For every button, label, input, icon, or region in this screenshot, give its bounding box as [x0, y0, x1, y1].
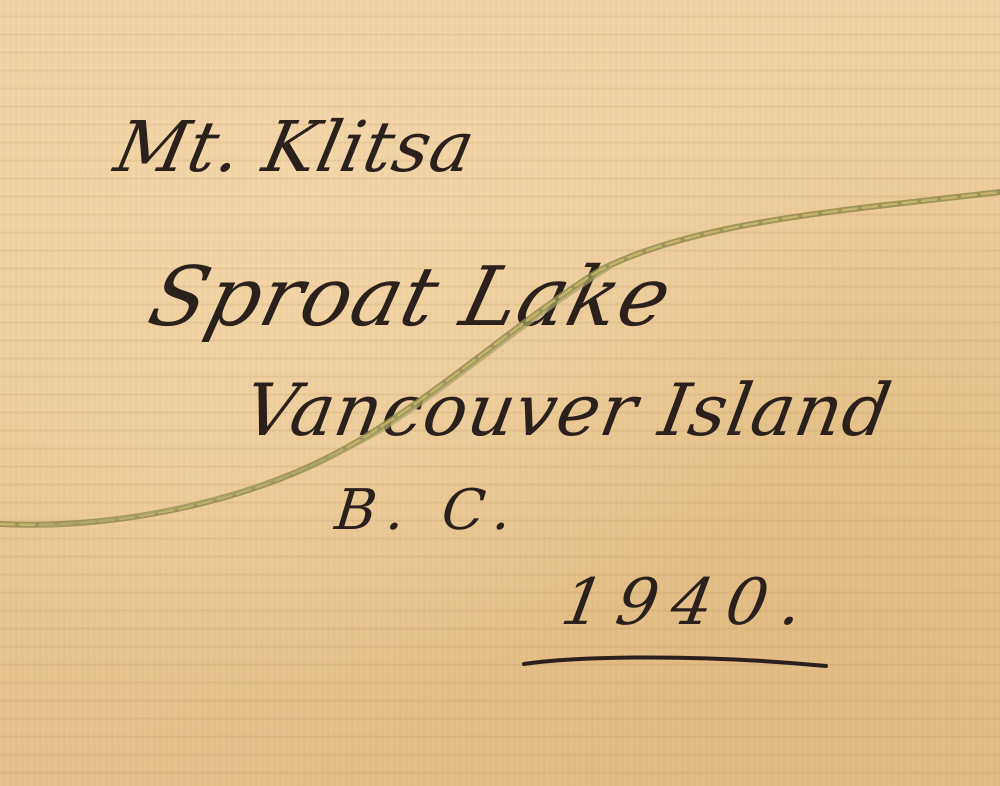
location-island: Vancouver Island [238, 368, 898, 452]
year: 1940. [556, 566, 822, 640]
location-lake: Sproat Lake [140, 250, 681, 345]
location-province: B. C. [332, 478, 524, 543]
location-mountain: Mt. Klitsa [108, 106, 483, 188]
year-underline [520, 654, 830, 672]
